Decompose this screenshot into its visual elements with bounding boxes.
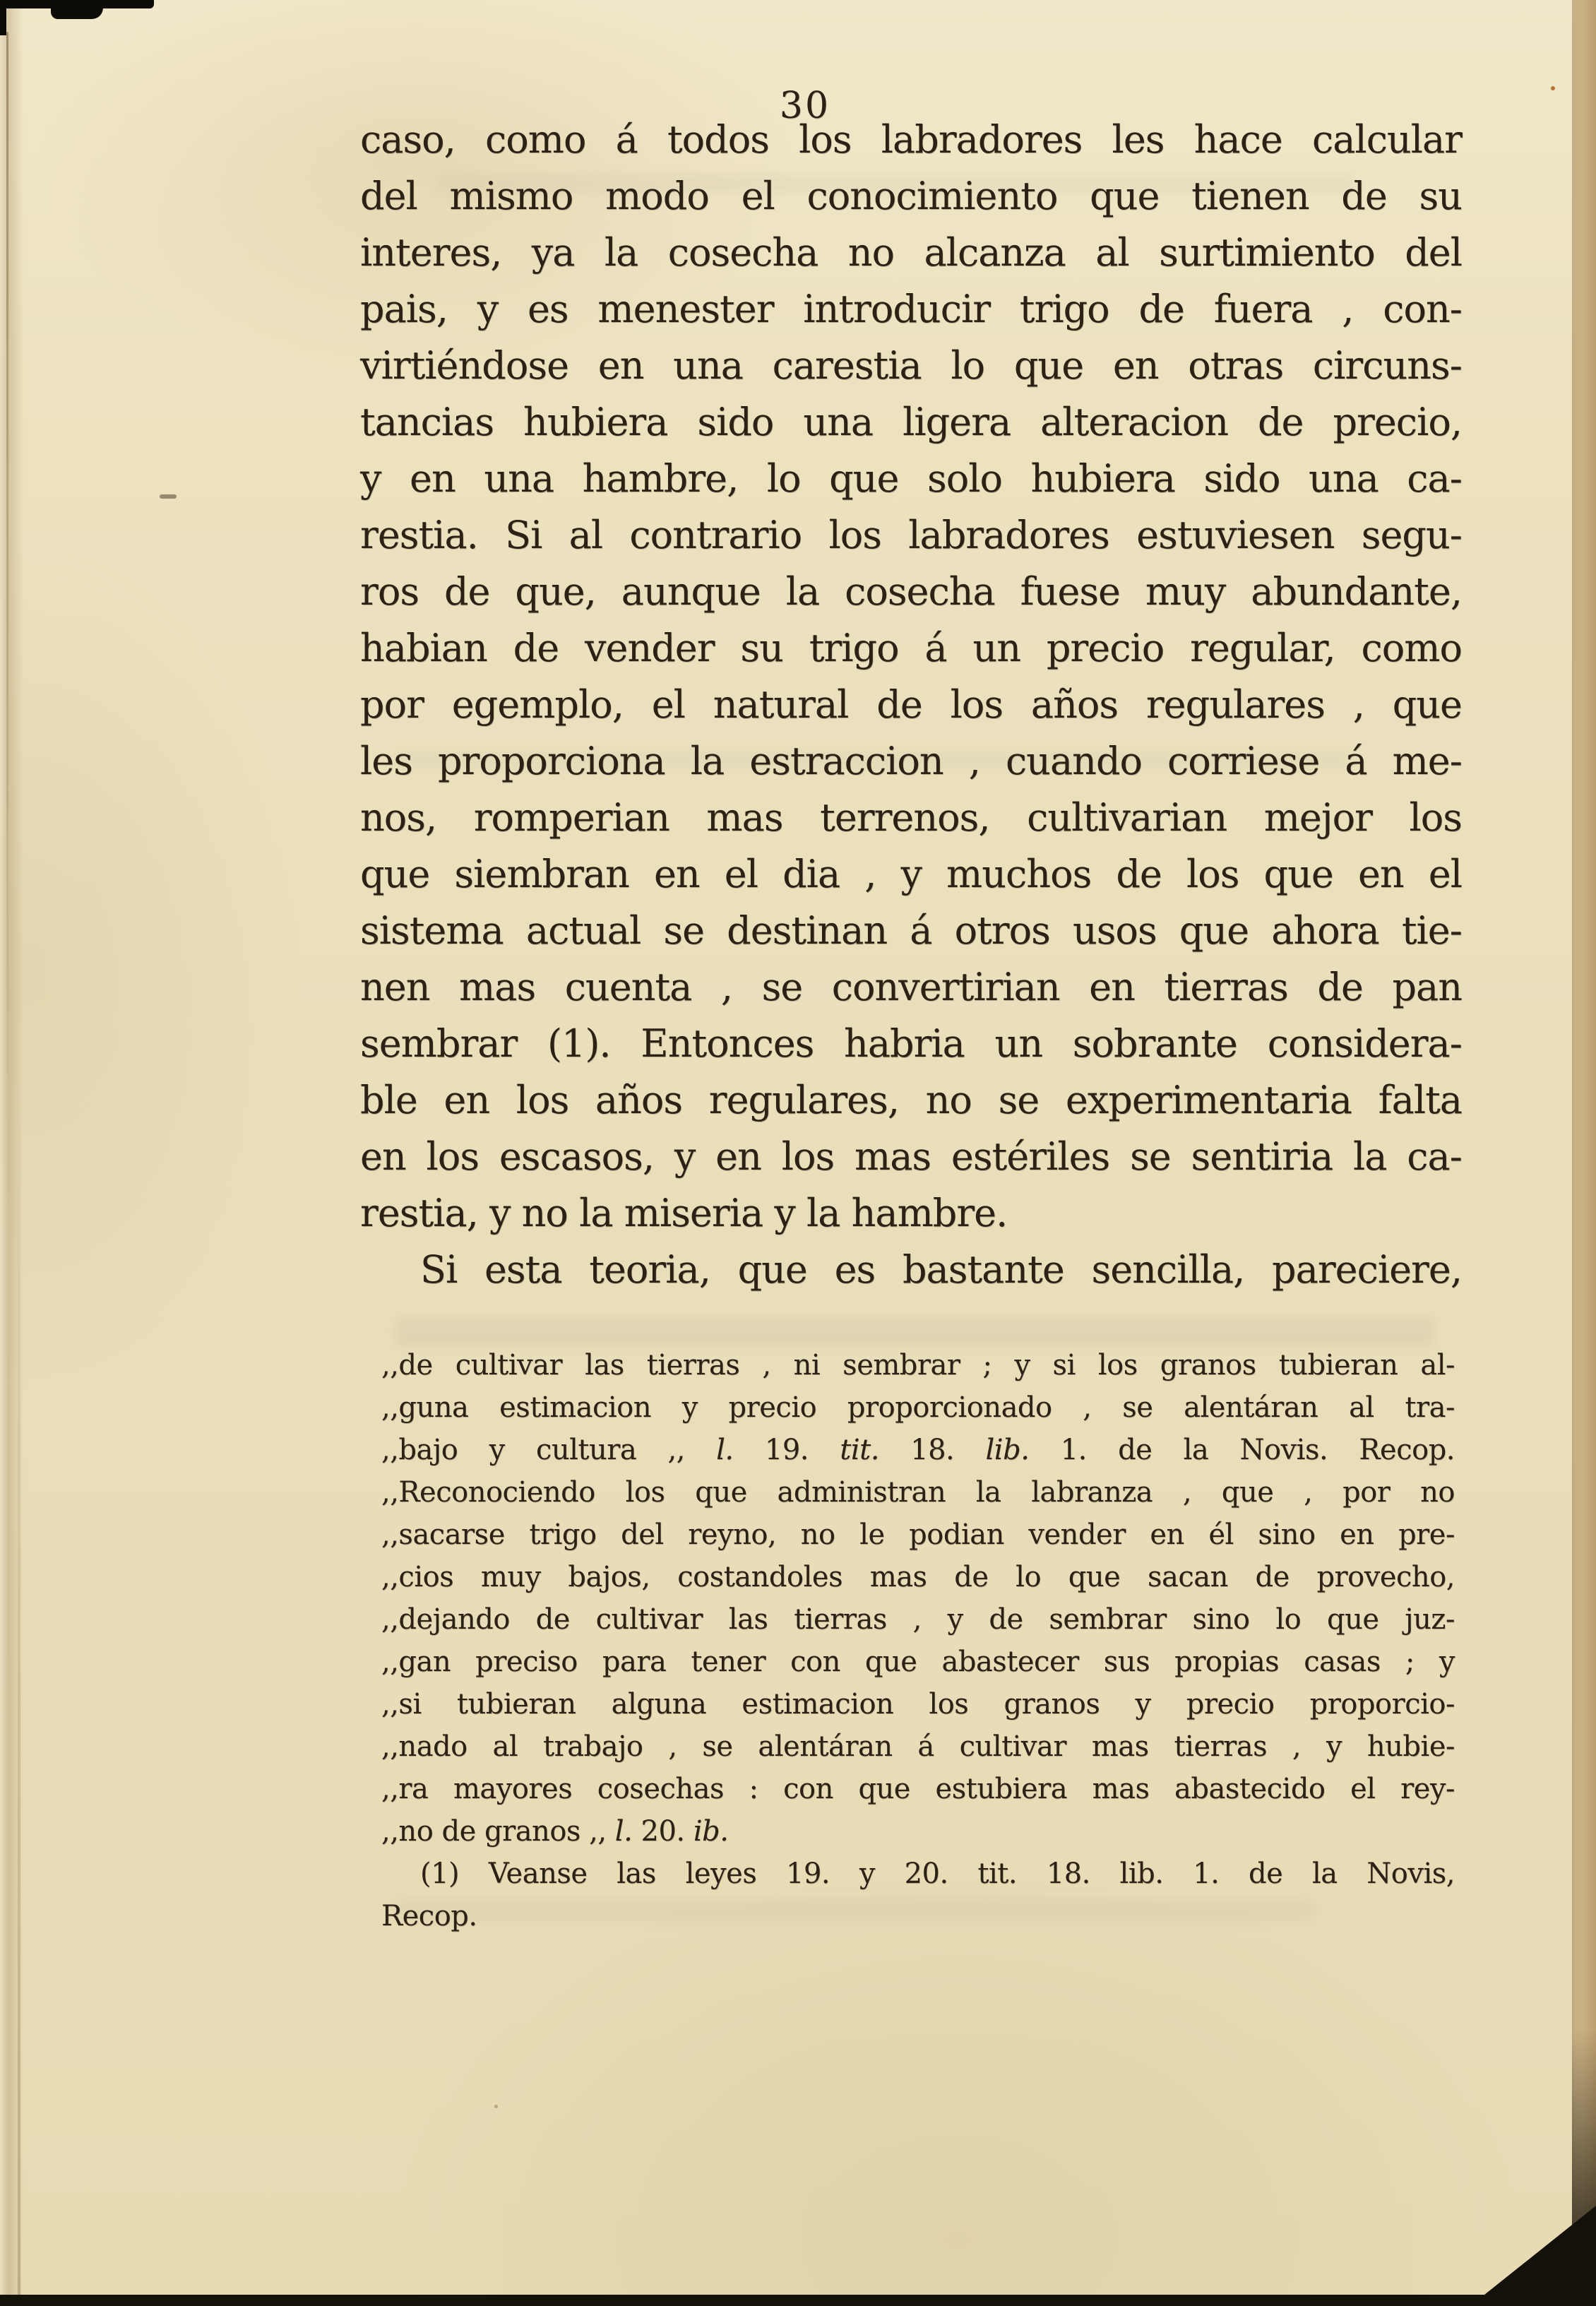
text-run: ,,Reconociendo los que administran la la…	[381, 1476, 1455, 1509]
main-text-line: ble en los años regulares, no se experim…	[360, 1072, 1462, 1129]
footnote-line: ,,no de granos ,, l. 20. ib.	[381, 1810, 1455, 1853]
footnote-line: ,,si tubieran alguna estimacion los gran…	[381, 1683, 1455, 1725]
paper-background: 30 caso, como á todos los labradores les…	[0, 0, 1596, 2306]
main-text-line: les proporciona la estraccion , cuando c…	[360, 733, 1462, 790]
text-run: ros de que, aunque la cosecha fuese muy …	[360, 569, 1462, 614]
paper-speck	[494, 2105, 498, 2108]
text-run: ,,si tubieran alguna estimacion los gran…	[381, 1688, 1455, 1720]
citation-italic-run: ib.	[693, 1815, 729, 1848]
main-text-line: del mismo modo el conocimiento que tiene…	[360, 168, 1462, 225]
book-scan-page: { "page": { "number": "30" }, "colors": …	[0, 0, 1596, 2306]
text-run: pais, y es menester introducir trigo de …	[360, 287, 1462, 331]
main-text-block: caso, como á todos los labradores les ha…	[360, 112, 1462, 1298]
text-run: caso, como á todos los labradores les ha…	[360, 117, 1462, 162]
main-text-line: y en una hambre, lo que solo hubiera sid…	[360, 451, 1462, 507]
text-run: 18.	[879, 1434, 986, 1466]
text-run: ,,no de granos ,,	[381, 1815, 615, 1848]
text-run: 19.	[734, 1434, 840, 1466]
text-run: nen mas cuenta , se convertirian en tier…	[360, 965, 1462, 1009]
text-run: restia. Si al contrario los labradores e…	[360, 513, 1462, 557]
footnote-line: ,,sacarse trigo del reyno, no le podian …	[381, 1514, 1455, 1556]
footnote-line: Recop.	[381, 1895, 1455, 1937]
main-text-line: restia. Si al contrario los labradores e…	[360, 507, 1462, 564]
text-run: ,,cios muy bajos, costandoles mas de lo …	[381, 1561, 1455, 1593]
text-run: les proporciona la estraccion , cuando c…	[360, 739, 1462, 783]
main-text-line: pais, y es menester introducir trigo de …	[360, 281, 1462, 338]
margin-mark	[160, 494, 177, 499]
text-run: ble en los años regulares, no se experim…	[360, 1078, 1462, 1122]
footnote-line: ,,gan preciso para tener con que abastec…	[381, 1641, 1455, 1683]
footnote-block: ,,de cultivar las tierras , ni sembrar ;…	[381, 1344, 1455, 1937]
footnote-line: ,,Reconociendo los que administran la la…	[381, 1471, 1455, 1514]
main-text-line: sembrar (1). Entonces habria un sobrante…	[360, 1016, 1462, 1072]
text-run: 1. de la Novis. Recop.	[1029, 1434, 1455, 1466]
gutter-crease-line	[6, 32, 8, 1077]
text-run: Recop.	[381, 1900, 477, 1932]
main-text-line: nen mas cuenta , se convertirian en tier…	[360, 959, 1462, 1016]
footnote-line: ,,de cultivar las tierras , ni sembrar ;…	[381, 1344, 1455, 1386]
text-run: y en una hambre, lo que solo hubiera sid…	[360, 456, 1462, 501]
footnote-line: ,,guna estimacion y precio proporcionado…	[381, 1386, 1455, 1429]
text-run: ,,bajo y cultura ,,	[381, 1434, 716, 1466]
text-run: tancias hubiera sido una ligera alteraci…	[360, 400, 1462, 444]
gutter-crease-line	[18, 1059, 20, 2295]
text-run: 20.	[632, 1815, 693, 1848]
text-run: restia, y no la miseria y la hambre.	[360, 1191, 1007, 1235]
scan-top-mark	[51, 0, 103, 19]
footnote-line: ,,ra mayores cosechas : con que estubier…	[381, 1768, 1455, 1810]
main-text-line: en los escasos, y en los mas estériles s…	[360, 1129, 1462, 1185]
main-text-line: habian de vender su trigo á un precio re…	[360, 620, 1462, 677]
text-run: ,,nado al trabajo , se alentáran á culti…	[381, 1730, 1455, 1763]
footnote-line: (1) Veanse las leyes 19. y 20. tit. 18. …	[381, 1853, 1455, 1895]
main-text-line: que siembran en el dia , y muchos de los…	[360, 846, 1462, 903]
citation-italic-run: l.	[615, 1815, 633, 1848]
scan-corner-wedge	[1470, 2206, 1596, 2306]
footnote-line: ,,cios muy bajos, costandoles mas de lo …	[381, 1556, 1455, 1598]
text-run: ,,de cultivar las tierras , ni sembrar ;…	[381, 1349, 1455, 1381]
text-run: ,,guna estimacion y precio proporcionado…	[381, 1391, 1455, 1424]
footnote-line: ,,dejando de cultivar las tierras , y de…	[381, 1598, 1455, 1641]
main-text-line: restia, y no la miseria y la hambre.	[360, 1185, 1462, 1242]
footnote-line: ,,bajo y cultura ,, l. 19. tit. 18. lib.…	[381, 1429, 1455, 1471]
footnote-line: ,,nado al trabajo , se alentáran á culti…	[381, 1725, 1455, 1768]
page-edge-right-shadow	[1572, 0, 1596, 2306]
text-run: Si esta teoria, que es bastante sencilla…	[420, 1247, 1462, 1292]
show-through-ghost	[395, 1318, 1434, 1346]
text-run: sistema actual se destinan á otros usos …	[360, 908, 1462, 953]
text-run: interes, ya la cosecha no alcanza al sur…	[360, 230, 1462, 275]
scan-bottom-bar	[0, 2295, 1596, 2306]
citation-italic-run: lib.	[986, 1434, 1030, 1466]
text-run: ,,gan preciso para tener con que abastec…	[381, 1646, 1455, 1678]
text-run: (1) Veanse las leyes 19. y 20. tit. 18. …	[420, 1858, 1455, 1890]
text-run: sembrar (1). Entonces habria un sobrante…	[360, 1021, 1462, 1066]
main-text-line: tancias hubiera sido una ligera alteraci…	[360, 394, 1462, 451]
main-text-line: virtiéndose en una carestia lo que en ot…	[360, 338, 1462, 394]
paper-speck	[1551, 86, 1555, 90]
citation-italic-run: l.	[716, 1434, 734, 1466]
text-run: virtiéndose en una carestia lo que en ot…	[360, 343, 1462, 388]
text-run: que siembran en el dia , y muchos de los…	[360, 852, 1462, 896]
main-text-line: por egemplo, el natural de los años regu…	[360, 677, 1462, 733]
text-run: del mismo modo el conocimiento que tiene…	[360, 174, 1462, 218]
text-run: ,,dejando de cultivar las tierras , y de…	[381, 1603, 1455, 1636]
scan-top-mark	[0, 0, 6, 35]
main-text-line: caso, como á todos los labradores les ha…	[360, 112, 1462, 168]
text-run: habian de vender su trigo á un precio re…	[360, 626, 1462, 670]
main-text-line: sistema actual se destinan á otros usos …	[360, 903, 1462, 959]
text-run: por egemplo, el natural de los años regu…	[360, 682, 1462, 727]
main-text-line: Si esta teoria, que es bastante sencilla…	[360, 1242, 1462, 1298]
text-run: nos, romperian mas terrenos, cultivarian…	[360, 795, 1462, 840]
main-text-line: interes, ya la cosecha no alcanza al sur…	[360, 225, 1462, 281]
text-run: ,,sacarse trigo del reyno, no le podian …	[381, 1518, 1455, 1551]
main-text-line: nos, romperian mas terrenos, cultivarian…	[360, 790, 1462, 846]
main-text-line: ros de que, aunque la cosecha fuese muy …	[360, 564, 1462, 620]
text-run: en los escasos, y en los mas estériles s…	[360, 1134, 1462, 1179]
citation-italic-run: tit.	[840, 1434, 879, 1466]
text-run: ,,ra mayores cosechas : con que estubier…	[381, 1773, 1455, 1805]
